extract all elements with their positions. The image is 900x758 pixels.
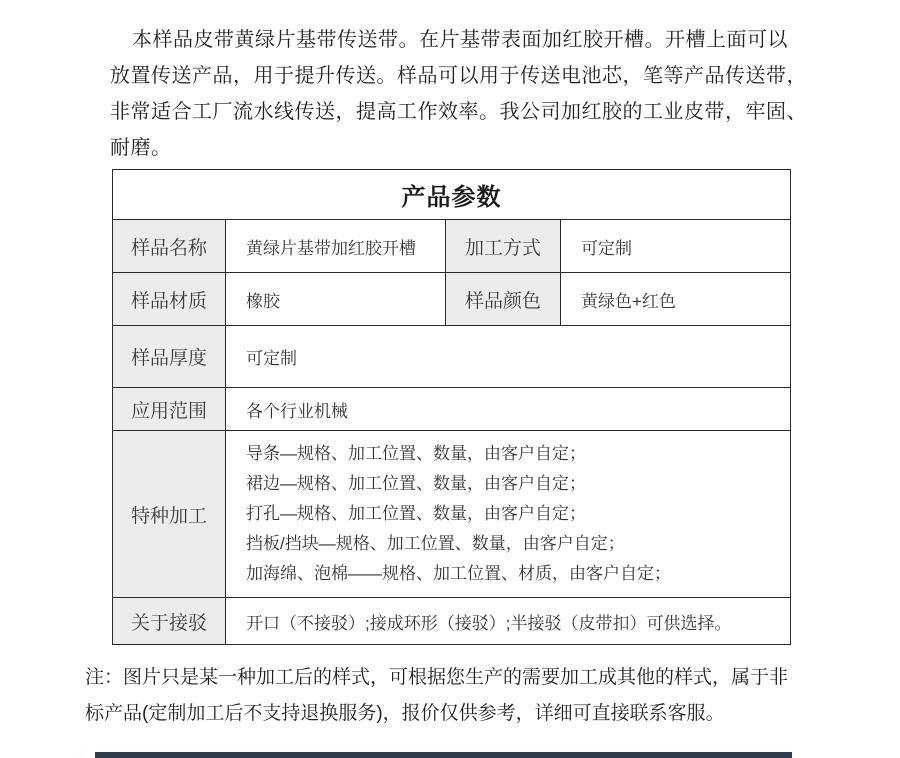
param-label-color: 样品颜色	[446, 273, 561, 326]
note-line: 标产品(定制加工后不支持退换服务)，报价仅供参考，详细可直接联系客服。	[85, 696, 830, 732]
param-value-thickness: 可定制	[226, 326, 791, 388]
table-row: 样品厚度 可定制	[113, 326, 791, 388]
param-value-color: 黄绿色+红色	[561, 273, 791, 326]
footer-note: 注：图片只是某一种加工后的样式，可根据您生产的需要加工成其他的样式，属于非 标产…	[85, 660, 830, 732]
intro-line: 非常适合工厂流水线传送，提高工作效率。我公司加红胶的工业皮带，牢固、	[110, 94, 796, 130]
param-value-sample-name: 黄绿片基带加红胶开槽	[226, 220, 446, 273]
param-label-thickness: 样品厚度	[113, 326, 226, 388]
table-row: 样品名称 黄绿片基带加红胶开槽 加工方式 可定制	[113, 220, 791, 273]
special-processing-line: 裙边—规格、加工位置、数量，由客户自定；	[246, 469, 790, 499]
param-label-special: 特种加工	[113, 431, 226, 598]
param-value-material: 橡胶	[226, 273, 446, 326]
special-processing-line: 打孔—规格、加工位置、数量，由客户自定；	[246, 499, 790, 529]
table-row: 特种加工 导条—规格、加工位置、数量，由客户自定； 裙边—规格、加工位置、数量，…	[113, 431, 791, 598]
product-params-table: 产品参数 样品名称 黄绿片基带加红胶开槽 加工方式 可定制 样品材质 橡胶 样品…	[112, 169, 791, 645]
intro-paragraph: 本样品皮带黄绿片基带传送带。在片基带表面加红胶开槽。开槽上面可以 放置传送产品，…	[110, 22, 796, 166]
param-label-joint: 关于接驳	[113, 598, 226, 645]
param-label-material: 样品材质	[113, 273, 226, 326]
special-processing-line: 加海绵、泡棉——规格、加工位置、材质，由客户自定；	[246, 559, 790, 589]
param-label-processing: 加工方式	[446, 220, 561, 273]
table-row: 应用范围 各个行业机械	[113, 388, 791, 431]
intro-line: 本样品皮带黄绿片基带传送带。在片基带表面加红胶开槽。开槽上面可以	[110, 22, 796, 58]
product-description-page: { "intro": { "lines": [ "本样品皮带黄绿片基带传送带。在…	[0, 0, 900, 758]
table-row: 关于接驳 开口（不接驳）;接成环形（接驳）;半接驳（皮带扣）可供选择。	[113, 598, 791, 645]
param-value-special: 导条—规格、加工位置、数量，由客户自定； 裙边—规格、加工位置、数量，由客户自定…	[226, 431, 791, 598]
table-row: 样品材质 橡胶 样品颜色 黄绿色+红色	[113, 273, 791, 326]
note-line: 注：图片只是某一种加工后的样式，可根据您生产的需要加工成其他的样式，属于非	[85, 660, 830, 696]
param-label-sample-name: 样品名称	[113, 220, 226, 273]
next-section-bar	[95, 752, 792, 758]
intro-line: 耐磨。	[110, 130, 796, 166]
table-title-row: 产品参数	[113, 170, 791, 220]
param-value-joint: 开口（不接驳）;接成环形（接驳）;半接驳（皮带扣）可供选择。	[226, 598, 791, 645]
param-label-application: 应用范围	[113, 388, 226, 431]
param-value-application: 各个行业机械	[226, 388, 791, 431]
table-title: 产品参数	[113, 170, 791, 220]
special-processing-line: 导条—规格、加工位置、数量，由客户自定；	[246, 439, 790, 469]
param-value-processing: 可定制	[561, 220, 791, 273]
special-processing-line: 挡板/挡块—规格、加工位置、数量，由客户自定；	[246, 529, 790, 559]
intro-line: 放置传送产品，用于提升传送。样品可以用于传送电池芯，笔等产品传送带，	[110, 58, 796, 94]
